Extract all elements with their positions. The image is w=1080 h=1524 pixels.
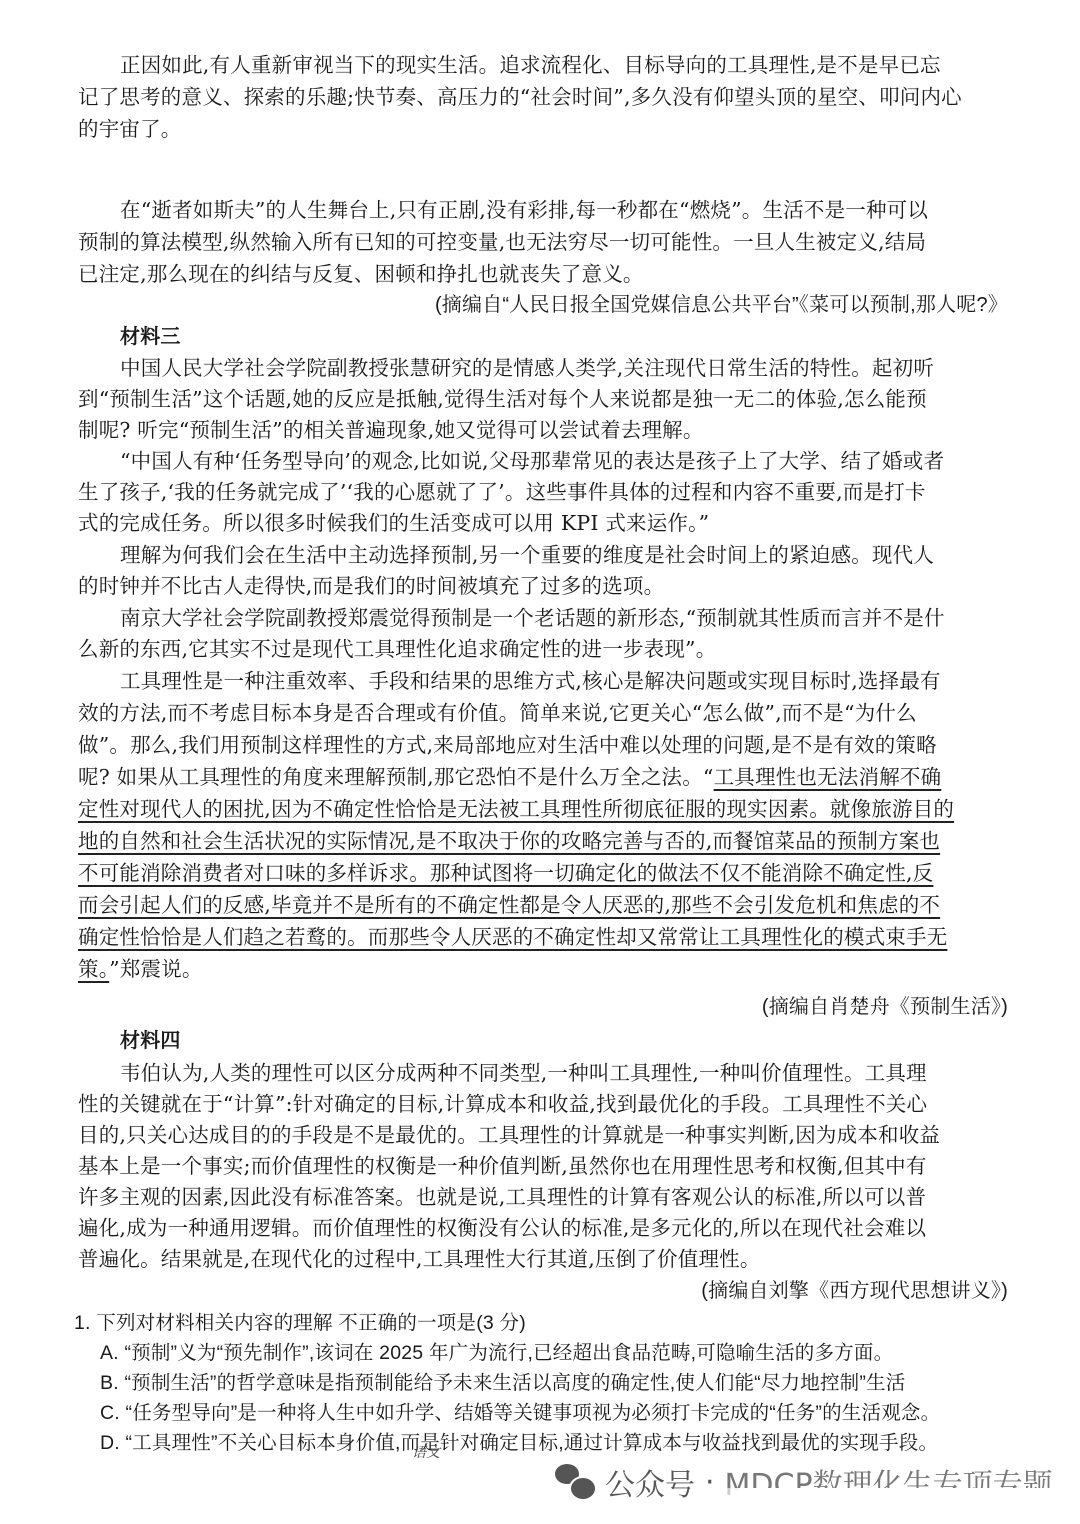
source-citation: (摘编自刘擎《西方现代思想讲义》) [701,1276,1008,1306]
text-line: 的时钟并不比古人走得快,而是我们的时间被填充了过多的选项。 [78,571,664,601]
text-line: 策。”郑震说。 [78,954,203,984]
page-footer: 语文 [412,1442,440,1462]
text-line: 在“逝者如斯夫”的人生舞台上,只有正剧,没有彩排,每一秒都在“燃烧”。生活不是一… [120,195,928,225]
watermark-fade [710,1488,1080,1524]
text-line: 基本上是一个事实;而价值理性的权衡是一种价值判断,虽然你也在用理性思考和权衡,但… [78,1151,927,1181]
text-line: 式的完成任务。所以很多时候我们的生活变成可以用 KPI 式来运作。” [78,508,709,538]
text-line: 制呢? 听完“预制生活”的相关普遍现象,她又觉得可以尝试着去理解。 [78,415,704,445]
text-line: 正因如此,有人重新审视当下的现实生活。追求流程化、目标导向的工具理性,是不是早已… [120,50,941,80]
underlined-line: 确定性恰恰是人们趋之若鹜的。而那些令人厌恶的不确定性却又常常让工具理性化的模式束… [78,922,947,952]
text-line: 么新的东西,它其实不过是现代工具理性化追求确定性的进一步表现”。 [78,634,716,664]
text-line: 已注定,那么现在的纠结与反复、困顿和挣扎也就丧失了意义。 [78,259,644,289]
text-line: 遍化,成为一种通用逻辑。而价值理性的权衡没有公认的标准,是多元化的,所以在现代社… [78,1213,926,1243]
text-line: 的宇宙了。 [78,114,182,144]
text-line: 工具理性是一种注重效率、手段和结果的思维方式,核心是解决问题或实现目标时,选择最… [120,666,941,696]
text-line: 记了思考的意义、探索的乐趣;快节奏、高压力的“社会时间”,多久没有仰望头顶的星空… [78,82,962,112]
section-heading: 材料三 [120,322,181,352]
text-line: 预制的算法模型,纵然输入所有已知的可控变量,也无法穷尽一切可能性。一旦人生被定义… [78,227,926,257]
text-line: 生了孩子,‘我的任务就完成了’‘我的心愿就了了’。这些事件具体的过程和内容不重要… [78,477,926,507]
text-span: ”郑震说。 [109,957,202,981]
text-line: 南京大学社会学院副教授郑震觉得预制是一个老话题的新形态,“预制就其性质而言并不是… [120,603,945,633]
question-stem: 1. 下列对材料相关内容的理解 不正确的一项是(3 分) [74,1308,526,1338]
underlined-line: 地的自然和社会生活状况的实际情况,是不取决于你的攻略完善与否的,而餐馆菜品的预制… [78,826,940,856]
underlined-line: 而会引起人们的反感,毕竟并不是所有的不确定性都是令人厌恶的,那些不会引发危机和焦… [78,890,940,920]
option-d: D. “工具理性”不关心目标本身价值,而是针对确定目标,通过计算成本与收益找到最… [100,1428,938,1458]
text-line: 到“预制生活”这个话题,她的反应是抵触,觉得生活对每个人来说都是独一无二的体验,… [78,384,927,414]
wechat-icon [555,1464,595,1500]
watermark-label: 公众号 [605,1460,695,1504]
text-line: 呢? 如果从工具理性的角度来理解预制,那它恐怕不是什么万全之法。“工具理性也无法… [78,762,941,792]
underlined-text: 策。 [78,957,109,981]
text-line: 效的方法,而不考虑目标本身是否合理或有价值。简单来说,它更关心“怎么做”,而不是… [78,698,917,728]
option-c: C. “任务型导向”是一种将人生中如升学、结婚等关键事项视为必须打卡完成的“任务… [100,1398,940,1428]
text-line: 韦伯认为,人类的理性可以区分成两种不同类型,一种叫工具理性,一种叫价值理性。工具… [120,1058,927,1088]
text-line: 做”。那么,我们用预制这样理性的方式,来局部地应对生活中难以处理的问题,是不是有… [78,730,937,760]
text-line: 普遍化。结果就是,在现代化的过程中,工具理性大行其道,压倒了价值理性。 [78,1244,761,1274]
source-citation: (摘编自肖楚舟《预制生活》) [762,992,1008,1022]
text-line: 中国人民大学社会学院副教授张慧研究的是情感人类学,关注现代日常生活的特性。起初听 [120,353,934,383]
source-citation: (摘编自“人民日报全国党媒信息公共平台”《菜可以预制,那人呢?》 [435,290,1008,320]
option-b: B. “预制生活”的哲学意味是指预制能给予未来生活以高度的确定性,使人们能“尽力… [100,1368,905,1398]
text-line: 理解为何我们会在生活中主动选择预制,另一个重要的维度是社会时间上的紧迫感。现代人 [120,540,934,570]
underlined-line: 不可能消除消费者对口味的多样诉求。那种试图将一切确定化的做法不仅不能消除不确定性… [78,858,933,888]
section-heading: 材料四 [120,1026,181,1056]
text-line: “中国人有种‘任务型导向’的观念,比如说,父母那辈常见的表达是孩子上了大学、结了… [120,446,944,476]
underlined-text: 工具理性也无法消解不确 [714,765,942,789]
text-line: 许多主观的因素,因此没有标准答案。也就是说,工具理性的计算有客观公认的标准,所以… [78,1182,926,1212]
text-span: 呢? 如果从工具理性的角度来理解预制,那它恐怕不是什么万全之法。“ [78,765,714,789]
text-line: 目的,只关心达成目的的手段是不是最优的。工具理性的计算就是一种事实判断,因为成本… [78,1120,940,1150]
underlined-line: 定性对现代人的困扰,因为不确定性恰恰是无法被工具理性所彻底征服的现实因素。就像旅… [78,794,954,824]
option-a: A. “预制”义为“预先制作”,该词在 2025 年广为流行,已经超出食品范畴,… [100,1338,893,1368]
text-line: 性的关键就在于“计算”:针对确定的目标,计算成本和收益,找到最优化的手段。工具理… [78,1089,927,1119]
